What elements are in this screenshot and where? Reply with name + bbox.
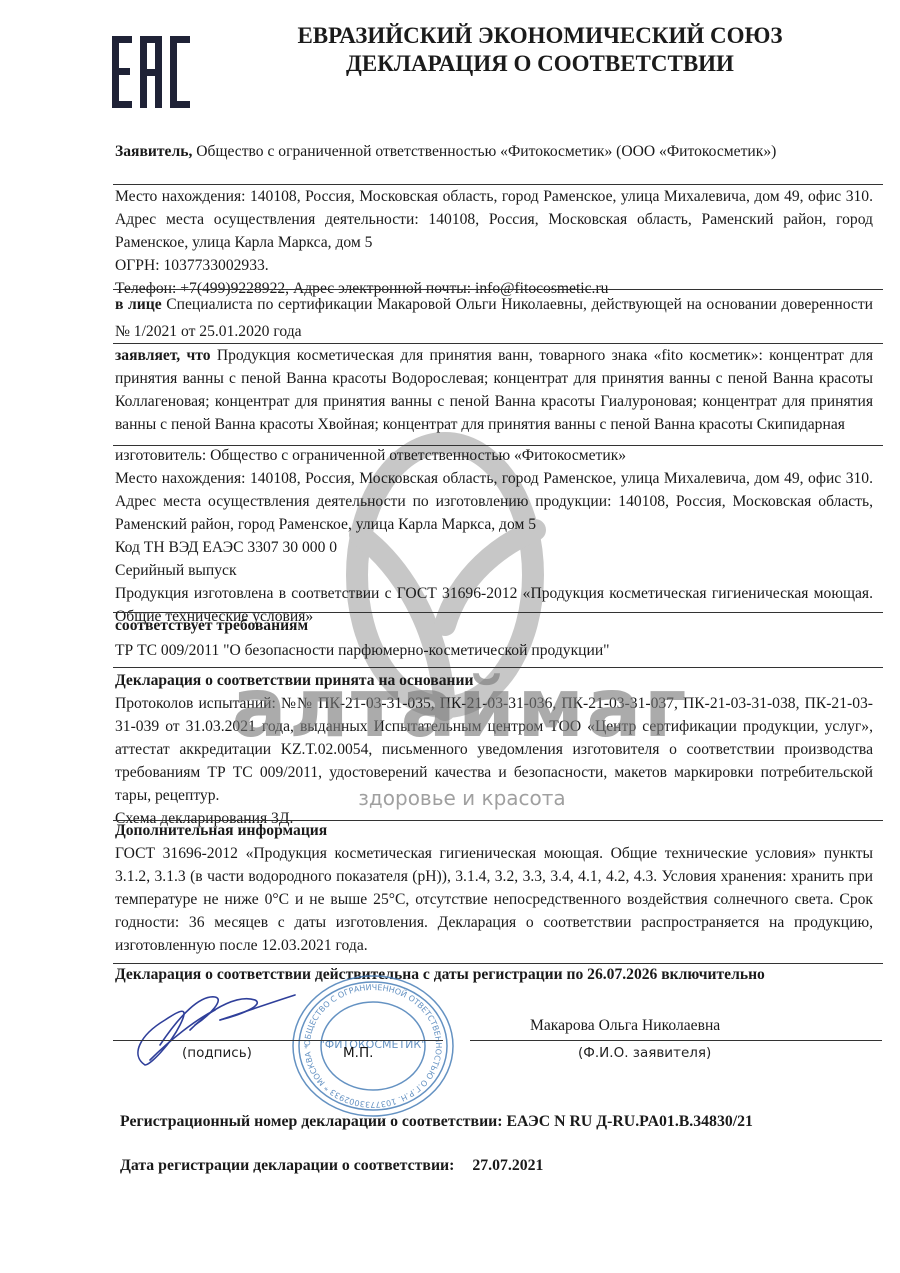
applicant-label: Заявитель, [115,143,192,160]
applicant-address: Место нахождения: 140108, Россия, Москов… [115,185,873,254]
declares-label: заявляет, что [115,347,211,364]
name-line [470,1040,882,1041]
applicant-section: Заявитель, Общество с ограниченной ответ… [115,140,873,163]
additional-label: Дополнительная информация [115,819,873,842]
representative-label: в лице [115,296,162,313]
declaration-title: ДЕКЛАРАЦИЯ О СООТВЕТСТВИИ [250,50,830,78]
applicant-address-section: Место нахождения: 140108, Россия, Москов… [115,185,873,300]
company-stamp-icon: ОБЩЕСТВО С ОГРАНИЧЕННОЙ ОТВЕТСТВЕННОСТЬЮ… [283,968,463,1118]
basis-section: Декларация о соответствии принята на осн… [115,669,873,830]
basis-label: Декларация о соответствии принята на осн… [115,669,873,692]
manufacturer-name: изготовитель: Общество с ограниченной от… [115,444,873,467]
validity-statement: Декларация о соответствии действительна … [115,963,895,986]
requirements-section: соответствует требованиям ТР ТС 009/2011… [115,613,873,663]
manufacturer-section: изготовитель: Общество с ограниченной от… [115,444,873,628]
registration-number-label: Регистрационный номер декларации о соотв… [120,1113,503,1130]
manufacturer-address: Место нахождения: 140108, Россия, Москов… [115,467,873,536]
signer-caption: (Ф.И.О. заявителя) [578,1045,711,1061]
declares-section: заявляет, что Продукция косметическая дл… [115,344,873,436]
declares-text: Продукция косметическая для принятия ван… [115,347,873,433]
basis-text: Протоколов испытаний: №№ ПК-21-03-31-035… [115,692,873,807]
divider [113,667,883,668]
applicant-ogrn: ОГРН: 1037733002933. [115,254,873,277]
manufacturer-tn-ved: Код ТН ВЭД ЕАЭС 3307 30 000 0 [115,536,873,559]
eac-mark-icon [112,36,190,108]
registration-number-value: ЕАЭС N RU Д-RU.PA01.B.34830/21 [507,1113,753,1130]
additional-section: Дополнительная информация ГОСТ 31696-201… [115,819,873,957]
requirements-label: соответствует требованиям [115,613,873,638]
registration-date-value: 27.07.2021 [472,1157,543,1174]
divider [113,289,883,290]
signature-caption: (подпись) [182,1045,252,1061]
registration-date-label: Дата регистрации декларации о соответств… [120,1157,454,1174]
union-title: ЕВРАЗИЙСКИЙ ЭКОНОМИЧЕСКИЙ СОЮЗ [250,22,830,50]
registration-number-line: Регистрационный номер декларации о соотв… [120,1113,753,1131]
registration-date-line: Дата регистрации декларации о соответств… [120,1157,543,1175]
declaration-page: ЕВРАЗИЙСКИЙ ЭКОНОМИЧЕСКИЙ СОЮЗ ДЕКЛАРАЦИ… [0,0,900,1273]
applicant-name: Общество с ограниченной ответственностью… [192,143,776,160]
stamp-caption: М.П. [343,1045,373,1061]
document-title: ЕВРАЗИЙСКИЙ ЭКОНОМИЧЕСКИЙ СОЮЗ ДЕКЛАРАЦИ… [250,22,830,78]
signer-name: Макарова Ольга Николаевна [530,1017,720,1035]
additional-text: ГОСТ 31696-2012 «Продукция косметическая… [115,842,873,957]
signature-line [113,1040,443,1041]
manufacturer-release: Серийный выпуск [115,559,873,582]
requirements-text: ТР ТС 009/2011 "О безопасности парфюмерн… [115,638,873,663]
representative-text: Специалиста по сертификации Макаровой Ол… [115,296,873,340]
representative-section: в лице Специалиста по сертификации Макар… [115,291,873,345]
signature-scribble-icon [120,985,300,1075]
